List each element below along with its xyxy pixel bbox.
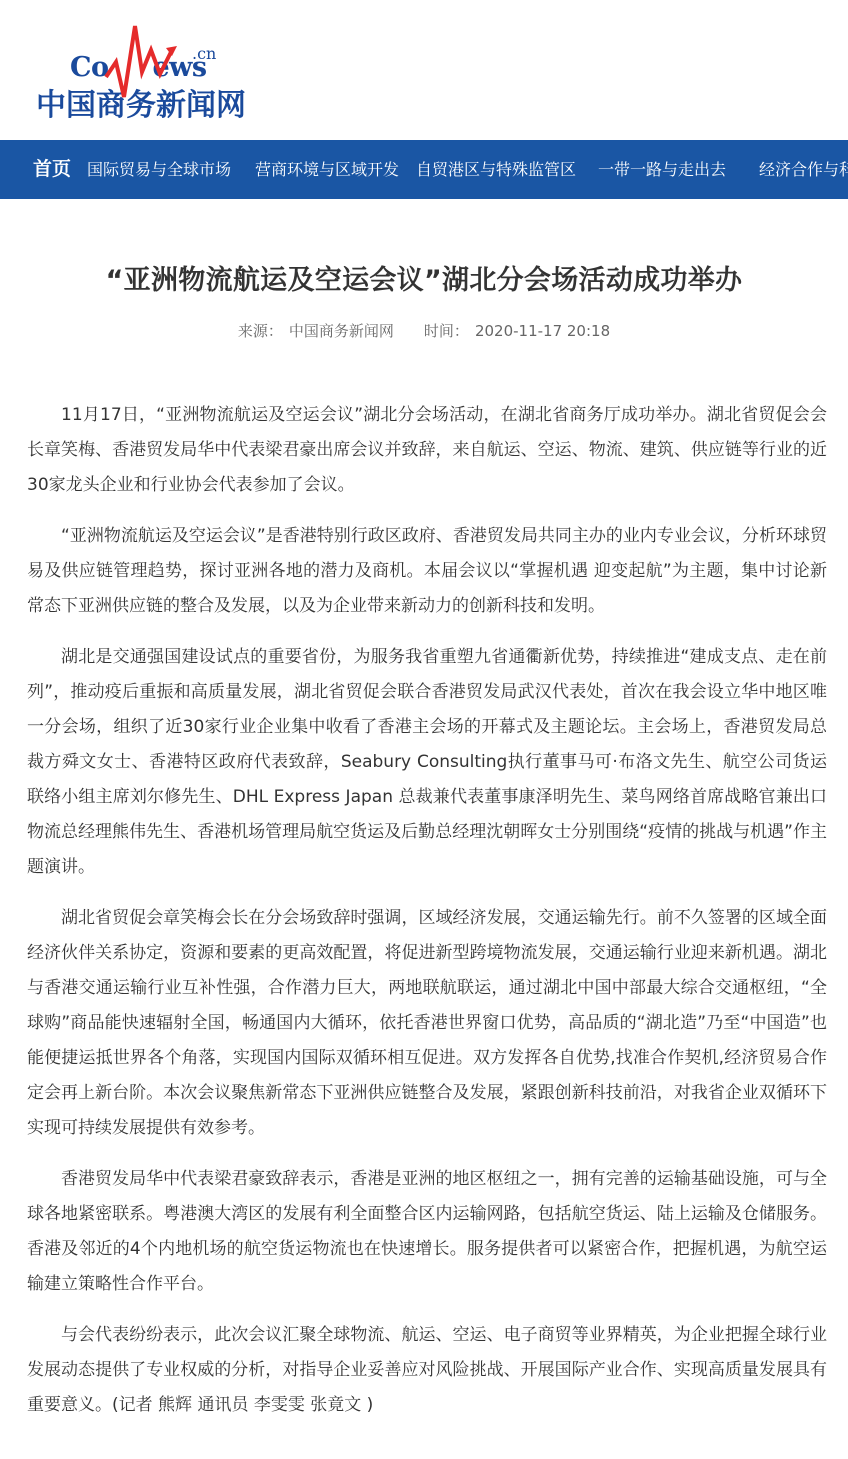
article-meta: 来源：中国商务新闻网时间：2020-11-17 20:18 — [0, 320, 848, 341]
site-logo[interactable]: Coews .cn 中国商务新闻网 — [36, 22, 266, 122]
article-body: 11月17日，“亚洲物流航运及空运会议”湖北分会场活动，在湖北省商务厅成功举办。… — [27, 398, 827, 1439]
logo-pulse-line-icon — [36, 22, 266, 122]
paragraph: “亚洲物流航运及空运会议”是香港特别行政区政府、香港贸发局共同主办的业内专业会议… — [27, 519, 827, 624]
source-label: 来源： — [238, 322, 283, 340]
article-title: “亚洲物流航运及空运会议”湖北分会场活动成功举办 — [0, 258, 848, 297]
nav-item-home[interactable]: 首页 — [33, 140, 71, 199]
publish-time: 2020-11-17 20:18 — [475, 322, 610, 340]
paragraph: 湖北是交通强国建设试点的重要省份，为服务我省重塑九省通衢新优势，持续推进“建成支… — [27, 640, 827, 885]
paragraph: 香港贸发局华中代表梁君豪致辞表示，香港是亚洲的地区枢纽之一，拥有完善的运输基础设… — [27, 1162, 827, 1302]
paragraph: 与会代表纷纷表示，此次会议汇聚全球物流、航运、空运、电子商贸等业界精英，为企业把… — [27, 1318, 827, 1423]
main-nav: 首页 国际贸易与全球市场 营商环境与区域开发 自贸港区与特殊监管区 一带一路与走… — [0, 140, 848, 199]
paragraph: 湖北省贸促会章笑梅会长在分会场致辞时强调，区域经济发展，交通运输先行。前不久签署… — [27, 901, 827, 1146]
nav-item-intl-trade[interactable]: 国际贸易与全球市场 — [87, 140, 231, 199]
nav-item-business-env[interactable]: 营商环境与区域开发 — [255, 140, 399, 199]
site-header: Coews .cn 中国商务新闻网 — [0, 0, 848, 140]
nav-item-economic-coop[interactable]: 经济合作与科 — [759, 140, 848, 199]
nav-item-belt-road[interactable]: 一带一路与走出去 — [598, 140, 726, 199]
paragraph: 11月17日，“亚洲物流航运及空运会议”湖北分会场活动，在湖北省商务厅成功举办。… — [27, 398, 827, 503]
nav-item-free-trade-zone[interactable]: 自贸港区与特殊监管区 — [416, 140, 576, 199]
source-value: 中国商务新闻网 — [289, 322, 394, 340]
time-label: 时间： — [424, 322, 469, 340]
